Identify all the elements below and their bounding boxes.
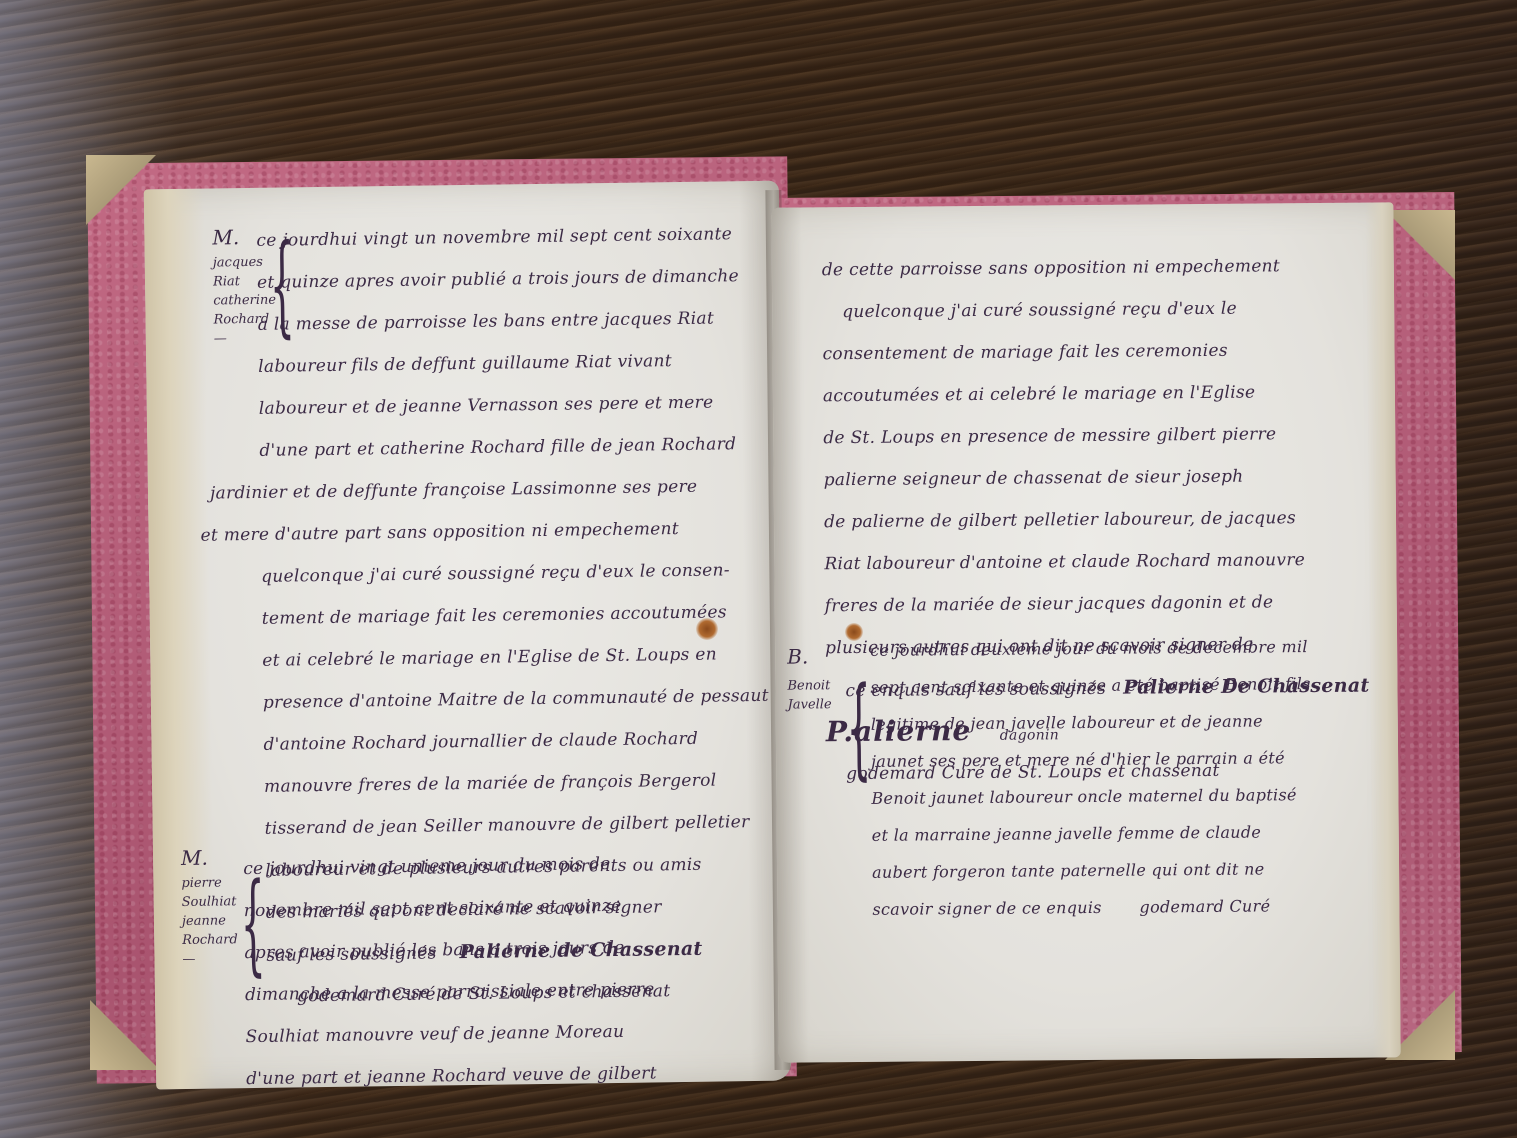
entry-line: d'antoine Rochard journallier de claude … bbox=[263, 717, 769, 766]
entry-line: laboureur fils de deffunt guillaume Riat… bbox=[258, 339, 764, 388]
entry2-text: ce jourdhui vingt unieme jour du mois de… bbox=[243, 842, 663, 1089]
entry2-margin-note: M. pierre Soulhiat jeanne Rochard — bbox=[181, 848, 238, 969]
rust-stain bbox=[696, 618, 718, 640]
entry-line: et la marraine jeanne javelle femme de c… bbox=[872, 813, 1313, 854]
entry-line-text: scavoir signer de ce enquis bbox=[872, 898, 1102, 919]
right-page: de cette parroisse sans opposition ni em… bbox=[771, 202, 1400, 1062]
entry-line: sept cent soixante et quinze a eté bapti… bbox=[870, 665, 1311, 706]
entry2-margin-note: B. Benoit Javelle bbox=[787, 647, 832, 714]
entry-line: de palierne de gilbert pelletier laboure… bbox=[824, 497, 1368, 544]
entry-line: freres de la mariée de sieur jacques dag… bbox=[825, 581, 1369, 628]
margin-name: Javelle bbox=[788, 695, 832, 714]
entry-line: laboureur et de jeanne Vernasson ses per… bbox=[259, 381, 765, 430]
entry-line: de cette parroisse sans opposition ni em… bbox=[822, 245, 1366, 292]
entry-line: quelconque j'ai curé soussigné reçu d'eu… bbox=[842, 287, 1366, 334]
entry-line: novembre mil sept cent soixante et quinz… bbox=[244, 884, 660, 932]
entry-line: d'une part et catherine Rochard fille de… bbox=[259, 423, 765, 472]
entry-line: scavoir signer de ce enquis godemard Cur… bbox=[872, 887, 1313, 928]
entry-line: tisserand de jean Seiller manouvre de gi… bbox=[264, 801, 770, 850]
entry-line: legitime de jean javelle laboureur et de… bbox=[871, 702, 1312, 743]
entry-line: et quinze apres avoir publié a trois jou… bbox=[257, 255, 763, 304]
entry-line: a la messe de parroisse les bans entre j… bbox=[257, 297, 763, 346]
entry-line: ce jourdhui vingt unieme jour du mois de bbox=[243, 842, 659, 890]
entry-line: dimanche a la messe parroissiale entre p… bbox=[245, 968, 661, 1016]
entry-line: ce jourdhui deuxieme jour du mois de dec… bbox=[870, 628, 1311, 669]
margin-dash: — bbox=[182, 949, 238, 969]
entry-line: manouvre freres de la mariée de françois… bbox=[264, 759, 770, 808]
entry-line: consentement de mariage fait les ceremon… bbox=[822, 329, 1366, 376]
left-page: M. jacques Riat catherine Rochard — { ce… bbox=[144, 181, 792, 1090]
entry-closing: godemard Curé bbox=[1139, 896, 1270, 916]
entry-line: jaunet ses pere et mere né d'hier le par… bbox=[871, 739, 1312, 780]
entry-line: ce jourdhui vingt un novembre mil sept c… bbox=[256, 213, 762, 262]
brace-icon: { bbox=[846, 672, 871, 782]
entry-line: et ai celebré le mariage en l'Eglise de … bbox=[262, 633, 768, 682]
entry-line: aubert forgeron tante paternelle qui ont… bbox=[872, 850, 1313, 891]
entry-line: d'une part et jeanne Rochard veuve de gi… bbox=[246, 1052, 662, 1089]
entry-line: apres avoir publié les bans a trois jour… bbox=[244, 926, 660, 974]
entry-line: quelconque j'ai curé soussigné reçu d'eu… bbox=[261, 549, 767, 598]
entry-line: de St. Loups en presence de messire gilb… bbox=[823, 413, 1367, 460]
margin-name: Rochard bbox=[182, 930, 238, 950]
entry-line: Riat laboureur d'antoine et claude Rocha… bbox=[824, 539, 1368, 586]
entry-line: palierne seigneur de chassenat de sieur … bbox=[823, 455, 1367, 502]
margin-name: pierre bbox=[181, 873, 237, 893]
entry-line: Benoit jaunet laboureur oncle maternel d… bbox=[871, 776, 1312, 817]
rust-stain bbox=[845, 623, 863, 641]
entry-line: accoutumées et ai celebré le mariage en … bbox=[823, 371, 1367, 418]
margin-name: Soulhiat bbox=[182, 892, 238, 912]
margin-name: jeanne bbox=[182, 911, 238, 931]
entry2-baptism-text: ce jourdhui deuxieme jour du mois de dec… bbox=[870, 628, 1313, 928]
entry-type-mark: M. bbox=[181, 848, 237, 868]
entry-line: jardinier et de deffunte françoise Lassi… bbox=[210, 465, 766, 515]
entry-line: tement de mariage fait les ceremonies ac… bbox=[261, 591, 767, 640]
margin-name: Benoit bbox=[787, 676, 831, 695]
entry-line: presence d'antoine Maitre de la communau… bbox=[263, 675, 769, 724]
entry-type-mark: B. bbox=[787, 647, 831, 666]
entry-line: Soulhiat manouvre veuf de jeanne Moreau bbox=[245, 1010, 661, 1058]
